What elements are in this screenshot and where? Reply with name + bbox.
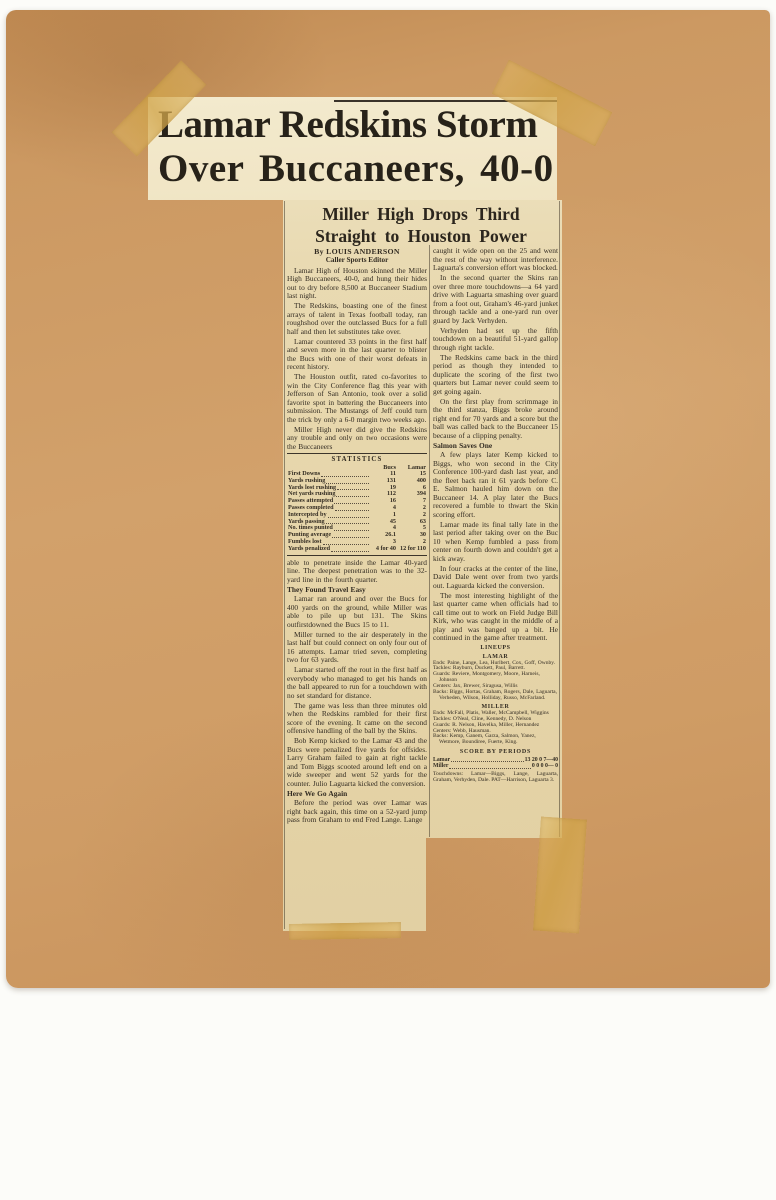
tape-bottom-right <box>533 817 587 934</box>
article-paragraph: The most interesting highlight of the la… <box>433 592 558 643</box>
stat-value-lamar: 12 for 110 <box>396 546 426 553</box>
dot-leader <box>334 530 369 531</box>
statistics-title: STATISTICS <box>288 456 426 464</box>
dot-leader <box>336 496 369 497</box>
score-periods: 0 0 0 0— 0 <box>532 763 558 770</box>
column-1-top-paragraphs: Lamar High of Houston skinned the Miller… <box>287 267 427 452</box>
article-paragraph: A few plays later Kemp kicked to Biggs, … <box>433 451 558 519</box>
article-paragraph: Lamar started off the rout in the first … <box>287 666 427 700</box>
stat-value-lamar: 7 <box>396 498 426 505</box>
lineups-title: LINEUPS <box>433 645 558 652</box>
score-rows: Lamar 13 20 0 7—40 Miller 0 0 0 0— 0 <box>433 757 558 770</box>
lineup-line: Backs: Biggs, Hortas, Graham, Rogers, Da… <box>433 690 558 702</box>
article-paragraph: Lamar High of Houston skinned the Miller… <box>287 267 427 301</box>
article-paragraph: They Found Travel Easy <box>287 586 427 595</box>
subhead-line-1: Miller High Drops Third <box>298 203 544 225</box>
lineup-miller-list: Ends: McFall, Platis, Waller, McCampbell… <box>433 711 558 746</box>
subheadline: Miller High Drops Third Straight to Hous… <box>298 203 544 247</box>
statistics-box: STATISTICS Bucs Lamar First Downs 11 15 … <box>287 453 427 556</box>
column-1: By LOUIS ANDERSON Caller Sports Editor L… <box>287 247 427 930</box>
article-paragraph: In four cracks at the center of the line… <box>433 565 558 591</box>
stat-value-lamar: 63 <box>396 519 426 526</box>
lineup-line: Backs: Kemp, Ganem, Garza, Salmon, Yanez… <box>433 734 558 746</box>
article-paragraph: The game was less than three minutes old… <box>287 702 427 736</box>
stat-value-bucs: 4 for 40 <box>370 546 396 553</box>
dot-leader <box>449 768 530 769</box>
headline-line-2: Over Buccaneers, 40-0 <box>158 147 557 191</box>
lineups-section: LINEUPS LAMAR Ends: Paine, Lange, Lea, H… <box>433 645 558 747</box>
column-rule-right <box>559 201 560 837</box>
dot-leader <box>335 510 369 511</box>
touchdowns-note: Touchdowns: Lamar—Biggs, Lange, Laguarta… <box>433 771 558 783</box>
column-rule-left <box>284 201 285 929</box>
dot-leader <box>334 503 369 504</box>
article-paragraph: Miller High never did give the Redskins … <box>287 426 427 452</box>
score-by-periods-title: SCORE BY PERIODS <box>433 749 558 757</box>
stat-value-lamar: 394 <box>396 491 426 498</box>
lineup-lamar-list: Ends: Paine, Lange, Lea, Hurlbert, Cox, … <box>433 661 558 702</box>
score-row: Miller 0 0 0 0— 0 <box>433 763 558 770</box>
column-2: caught it wide open on the 25 and went t… <box>433 247 558 837</box>
dot-leader <box>331 551 369 552</box>
tape-bottom-left <box>289 922 401 940</box>
dot-leader <box>332 537 369 538</box>
article-paragraph: Before the period was over Lamar was rig… <box>287 799 427 825</box>
headline-line-1: Lamar Redskins Storm <box>158 103 557 147</box>
dot-leader <box>337 489 369 490</box>
article-paragraph: Lamar made its final tally late in the l… <box>433 521 558 564</box>
dot-leader <box>321 476 369 477</box>
statistics-rows: First Downs 11 15 Yards rushing 131 400 … <box>288 471 426 553</box>
article-paragraph: Miller turned to the air desperately in … <box>287 631 427 665</box>
article-paragraph: able to penetrate inside the Lamar 40-ya… <box>287 559 427 585</box>
article-paragraph: In the second quarter the Skins ran over… <box>433 274 558 325</box>
stat-value-lamar: 30 <box>396 532 426 539</box>
stat-value-lamar: 2 <box>396 505 426 512</box>
article-paragraph: Lamar countered 33 points in the first h… <box>287 338 427 372</box>
headline: Lamar Redskins Storm Over Buccaneers, 40… <box>158 103 557 191</box>
article-paragraph: Salmon Saves One <box>433 442 558 451</box>
dot-leader <box>328 517 369 518</box>
stat-value-lamar: 400 <box>396 478 426 485</box>
article-paragraph: Here We Go Again <box>287 790 427 799</box>
dot-leader <box>451 761 524 762</box>
column-rule-middle <box>429 245 430 837</box>
column-2-paragraphs: caught it wide open on the 25 and went t… <box>433 247 558 643</box>
subhead-line-2: Straight to Houston Power <box>298 225 544 247</box>
score-periods: 13 20 0 7—40 <box>525 757 558 764</box>
stat-label: Yards penalized <box>288 546 330 553</box>
article-paragraph: The Houston outfit, rated co-favorites t… <box>287 373 427 424</box>
article-paragraph: Verhyden had set up the fifth touchdown … <box>433 327 558 353</box>
article-paragraph: Lamar ran around and over the Bucs for 4… <box>287 595 427 629</box>
statistic-row: Yards penalized 4 for 40 12 for 110 <box>288 546 426 553</box>
score-team: Miller <box>433 763 448 770</box>
article-paragraph: The Redskins came back in the third peri… <box>433 354 558 397</box>
scan-background: Lamar Redskins Storm Over Buccaneers, 40… <box>0 0 776 1200</box>
byline: By LOUIS ANDERSON <box>287 247 427 256</box>
byline-title: Caller Sports Editor <box>287 256 427 265</box>
article-paragraph: Bob Kemp kicked to the Lamar 43 and the … <box>287 737 427 788</box>
score-team: Lamar <box>433 757 450 764</box>
article-paragraph: caught it wide open on the 25 and went t… <box>433 247 558 273</box>
article-paragraph: On the first play from scrimmage in the … <box>433 398 558 441</box>
score-row: Lamar 13 20 0 7—40 <box>433 757 558 764</box>
score-section: SCORE BY PERIODS Lamar 13 20 0 7—40 Mill… <box>433 749 558 783</box>
article-paragraph: The Redskins, boasting one of the finest… <box>287 302 427 336</box>
column-1-bottom-paragraphs: able to penetrate inside the Lamar 40-ya… <box>287 559 427 825</box>
